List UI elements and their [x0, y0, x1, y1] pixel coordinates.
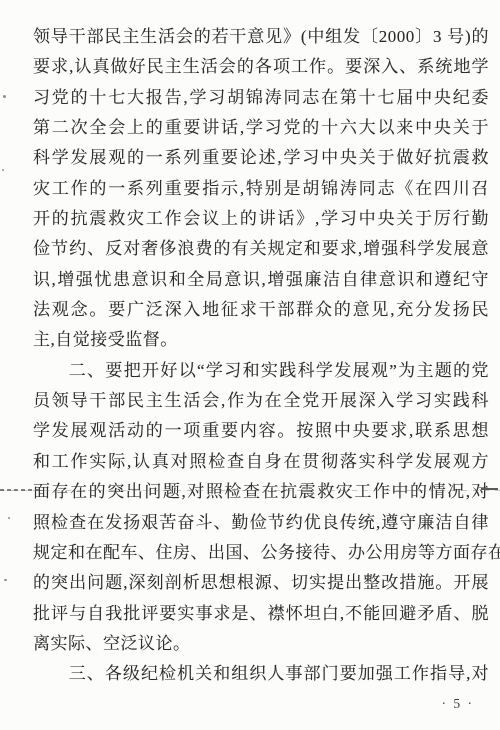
text-line: 俭节约、反对奢侈浪费的有关规定和要求,增强科学发展意 — [33, 234, 489, 264]
text-line: 批评与自我批评要实事求是、襟怀坦白,不能回避矛盾、脱 — [33, 599, 489, 629]
scan-speck — [8, 517, 10, 519]
text-line-paragraph-start: 三、各级纪检机关和组织人事部门要加强工作指导,对 — [33, 659, 489, 689]
text-line: 科学发展观的一系列重要论述,学习中央关于做好抗震救 — [33, 143, 489, 173]
body-text: 领导干部民主生活会的若干意见》(中组发〔2000〕3 号)的 要求,认真做好民主… — [33, 22, 489, 690]
text-line: 面存在的突出问题,对照检查在抗震救灾工作中的情况,对 — [33, 477, 489, 507]
text-line-paragraph-end: 主,自觉接受监督。 — [33, 325, 489, 355]
text-line-paragraph-start: 二、要把开好以“学习和实践科学发展观”为主题的党 — [33, 356, 489, 386]
text-line: 照检查在发扬艰苦奋斗、勤俭节约优良传统,遵守廉洁自律 — [33, 508, 489, 538]
scanned-document-page: 领导干部民主生活会的若干意见》(中组发〔2000〕3 号)的 要求,认真做好民主… — [0, 0, 500, 730]
text-line: 的突出问题,深刻剖析思想根源、切实提出整改措施。开展 — [33, 568, 489, 598]
text-line: 第二次全会上的重要讲话,学习党的十六大以来中央关于 — [33, 113, 489, 143]
text-line: 领导干部民主生活会的若干意见》(中组发〔2000〕3 号)的 — [33, 22, 489, 52]
text-line: 开的抗震救灾工作会议上的讲话》,学习中央关于厉行勤 — [33, 204, 489, 234]
scan-speck — [3, 95, 6, 98]
text-line-paragraph-end: 离实际、空泛议论。 — [33, 629, 489, 659]
scan-speck — [4, 579, 7, 581]
page-number: · 5 · — [442, 696, 475, 712]
text-line: 识,增强忧患意识和全局意识,增强廉洁自律意识和遵纪守 — [33, 265, 489, 295]
text-line: 和工作实际,认真对照检查自身在贯彻落实科学发展观方 — [33, 447, 489, 477]
text-line: 员领导干部民主生活会,作为在全党开展深入学习实践科 — [33, 386, 489, 416]
text-line: 规定和在配车、住房、出国、公务接待、办公用房等方面存在 — [33, 538, 489, 568]
text-line: 法观念。要广泛深入地征求干部群众的意见,充分发扬民 — [33, 295, 489, 325]
text-line: 习党的十七大报告,学习胡锦涛同志在第十七届中央纪委 — [33, 83, 489, 113]
text-line: 要求,认真做好民主生活会的各项工作。要深入、系统地学 — [33, 52, 489, 82]
scan-speck — [2, 169, 4, 171]
text-line: 学发展观活动的一项重要内容。按照中央要求,联系思想 — [33, 416, 489, 446]
text-line: 灾工作的一系列重要指示,特别是胡锦涛同志《在四川召 — [33, 174, 489, 204]
